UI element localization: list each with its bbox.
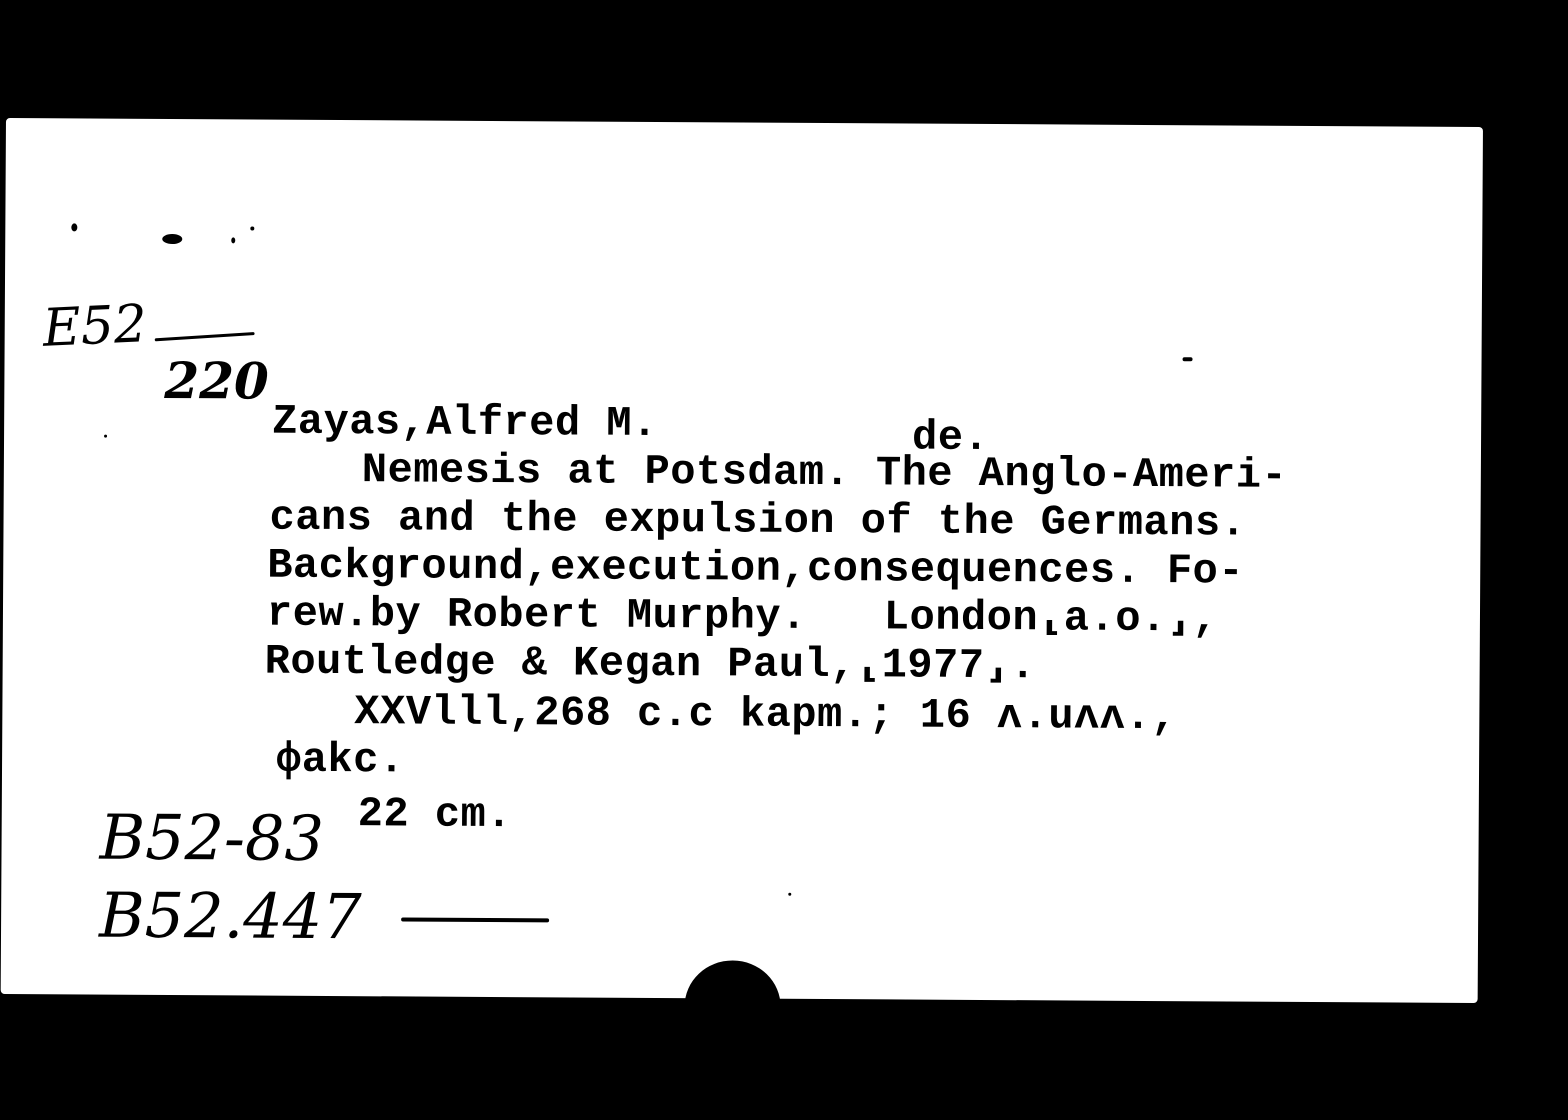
- collation-line: XXVlll,268 c.c kapm.; 16 ʌ.uʌʌ.,: [354, 688, 1177, 741]
- call-number-overline: [155, 332, 255, 341]
- collation-line: фakc.: [276, 736, 405, 785]
- catalog-card: E52 220 Zayas,Alfred M. de. Nemesis at P…: [1, 118, 1483, 1003]
- accession-number-handwritten: B52.447: [99, 879, 362, 954]
- ink-speck: [250, 226, 254, 230]
- ink-speck: [788, 893, 791, 896]
- author-heading: Zayas,Alfred M.: [272, 398, 658, 448]
- ink-speck: [231, 237, 235, 243]
- ink-speck: [1183, 357, 1193, 361]
- call-number-handwritten: E52: [41, 294, 148, 359]
- punch-hole: [684, 960, 781, 1053]
- imprint-line: Routledge & Kegan Paul,⸤1977⸥.: [265, 638, 1037, 691]
- title-line: rew.by Robert Murphy. London⸤a.o.⸥,: [267, 590, 1218, 644]
- ink-speck: [71, 223, 77, 231]
- ink-speck: [104, 435, 107, 438]
- accession-strike: [401, 917, 549, 922]
- size-text: 22 cm.: [358, 790, 513, 839]
- ink-speck: [162, 234, 182, 244]
- call-number-sub-handwritten: 220: [164, 351, 269, 411]
- title-line: Background,execution,consequences. Fo-: [267, 542, 1244, 596]
- title-line: Nemesis at Potsdam. The Anglo-Ameri-: [362, 446, 1288, 500]
- accession-number-handwritten: B52-83: [99, 801, 324, 875]
- title-line: cans and the expulsion of the Germans.: [269, 494, 1246, 548]
